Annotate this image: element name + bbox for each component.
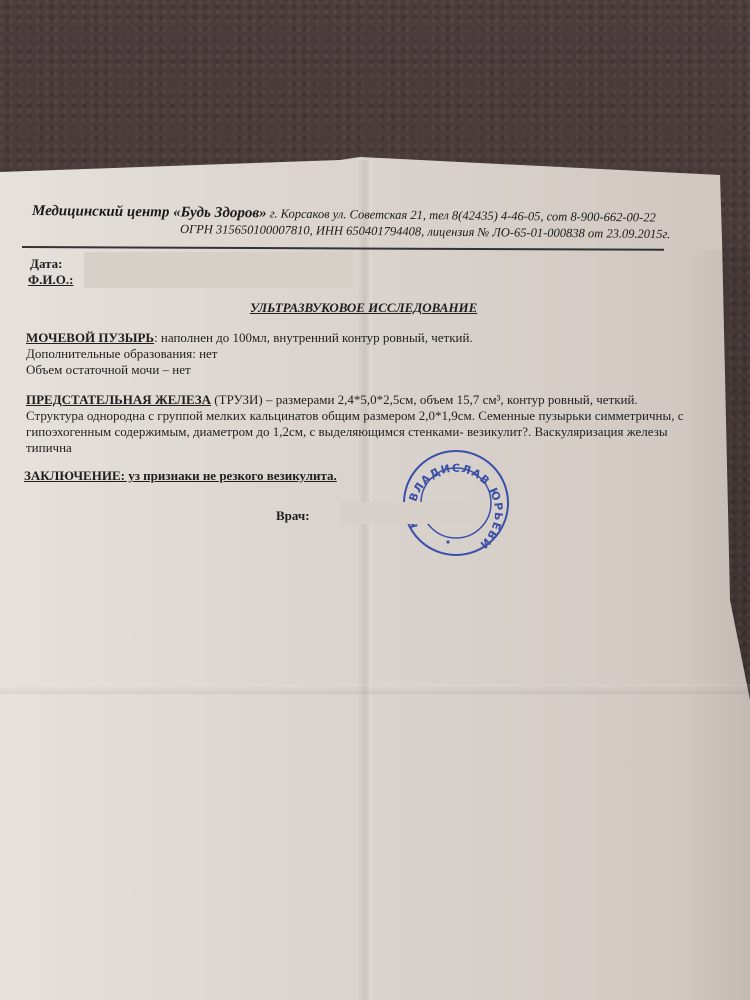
prostate-line-4: типична — [26, 440, 72, 456]
prostate-findings: (ТРУЗИ) – размерами 2,4*5,0*2,5см, объем… — [211, 392, 638, 407]
prostate-line-1: ПРЕДСТАТЕЛЬНАЯ ЖЕЛЕЗА (ТРУЗИ) – размерам… — [26, 392, 638, 408]
bladder-line-3: Объем остаточной мочи – нет — [26, 362, 191, 378]
bladder-line-2: Дополнительные образования: нет — [26, 346, 217, 362]
paper-shadow — [680, 250, 750, 1000]
prostate-line-3: гипоэхогенным содержимым, диаметром до 1… — [26, 424, 668, 440]
name-label: Ф.И.О.: — [28, 272, 73, 288]
bladder-heading: МОЧЕВОЙ ПУЗЫРЬ — [26, 330, 154, 345]
name-redaction — [84, 268, 354, 288]
doctor-name-redaction — [340, 502, 470, 524]
paper-sheet — [0, 0, 750, 1000]
paper-fold-vertical — [358, 160, 372, 1000]
prostate-line-2: Структура однородна с группой мелких кал… — [26, 408, 683, 424]
conclusion: ЗАКЛЮЧЕНИЕ: уз признаки не резкого везик… — [24, 468, 337, 484]
date-label: Дата: — [30, 256, 62, 272]
doctor-label: Врач: — [276, 508, 310, 524]
paper-fold-horizontal — [0, 684, 750, 694]
prostate-heading: ПРЕДСТАТЕЛЬНАЯ ЖЕЛЕЗА — [26, 392, 211, 407]
bladder-findings: : наполнен до 100мл, внутренний контур р… — [154, 330, 473, 345]
organization-name: Медицинский центр «Будь Здоров» — [32, 203, 267, 221]
document-title: УЛЬТРАЗВУКОВОЕ ИССЛЕДОВАНИЕ — [250, 300, 477, 316]
organization-address: г. Корсаков ул. Советская 21, тел 8(4243… — [270, 206, 656, 224]
bladder-line-1: МОЧЕВОЙ ПУЗЫРЬ: наполнен до 100мл, внутр… — [26, 330, 473, 346]
